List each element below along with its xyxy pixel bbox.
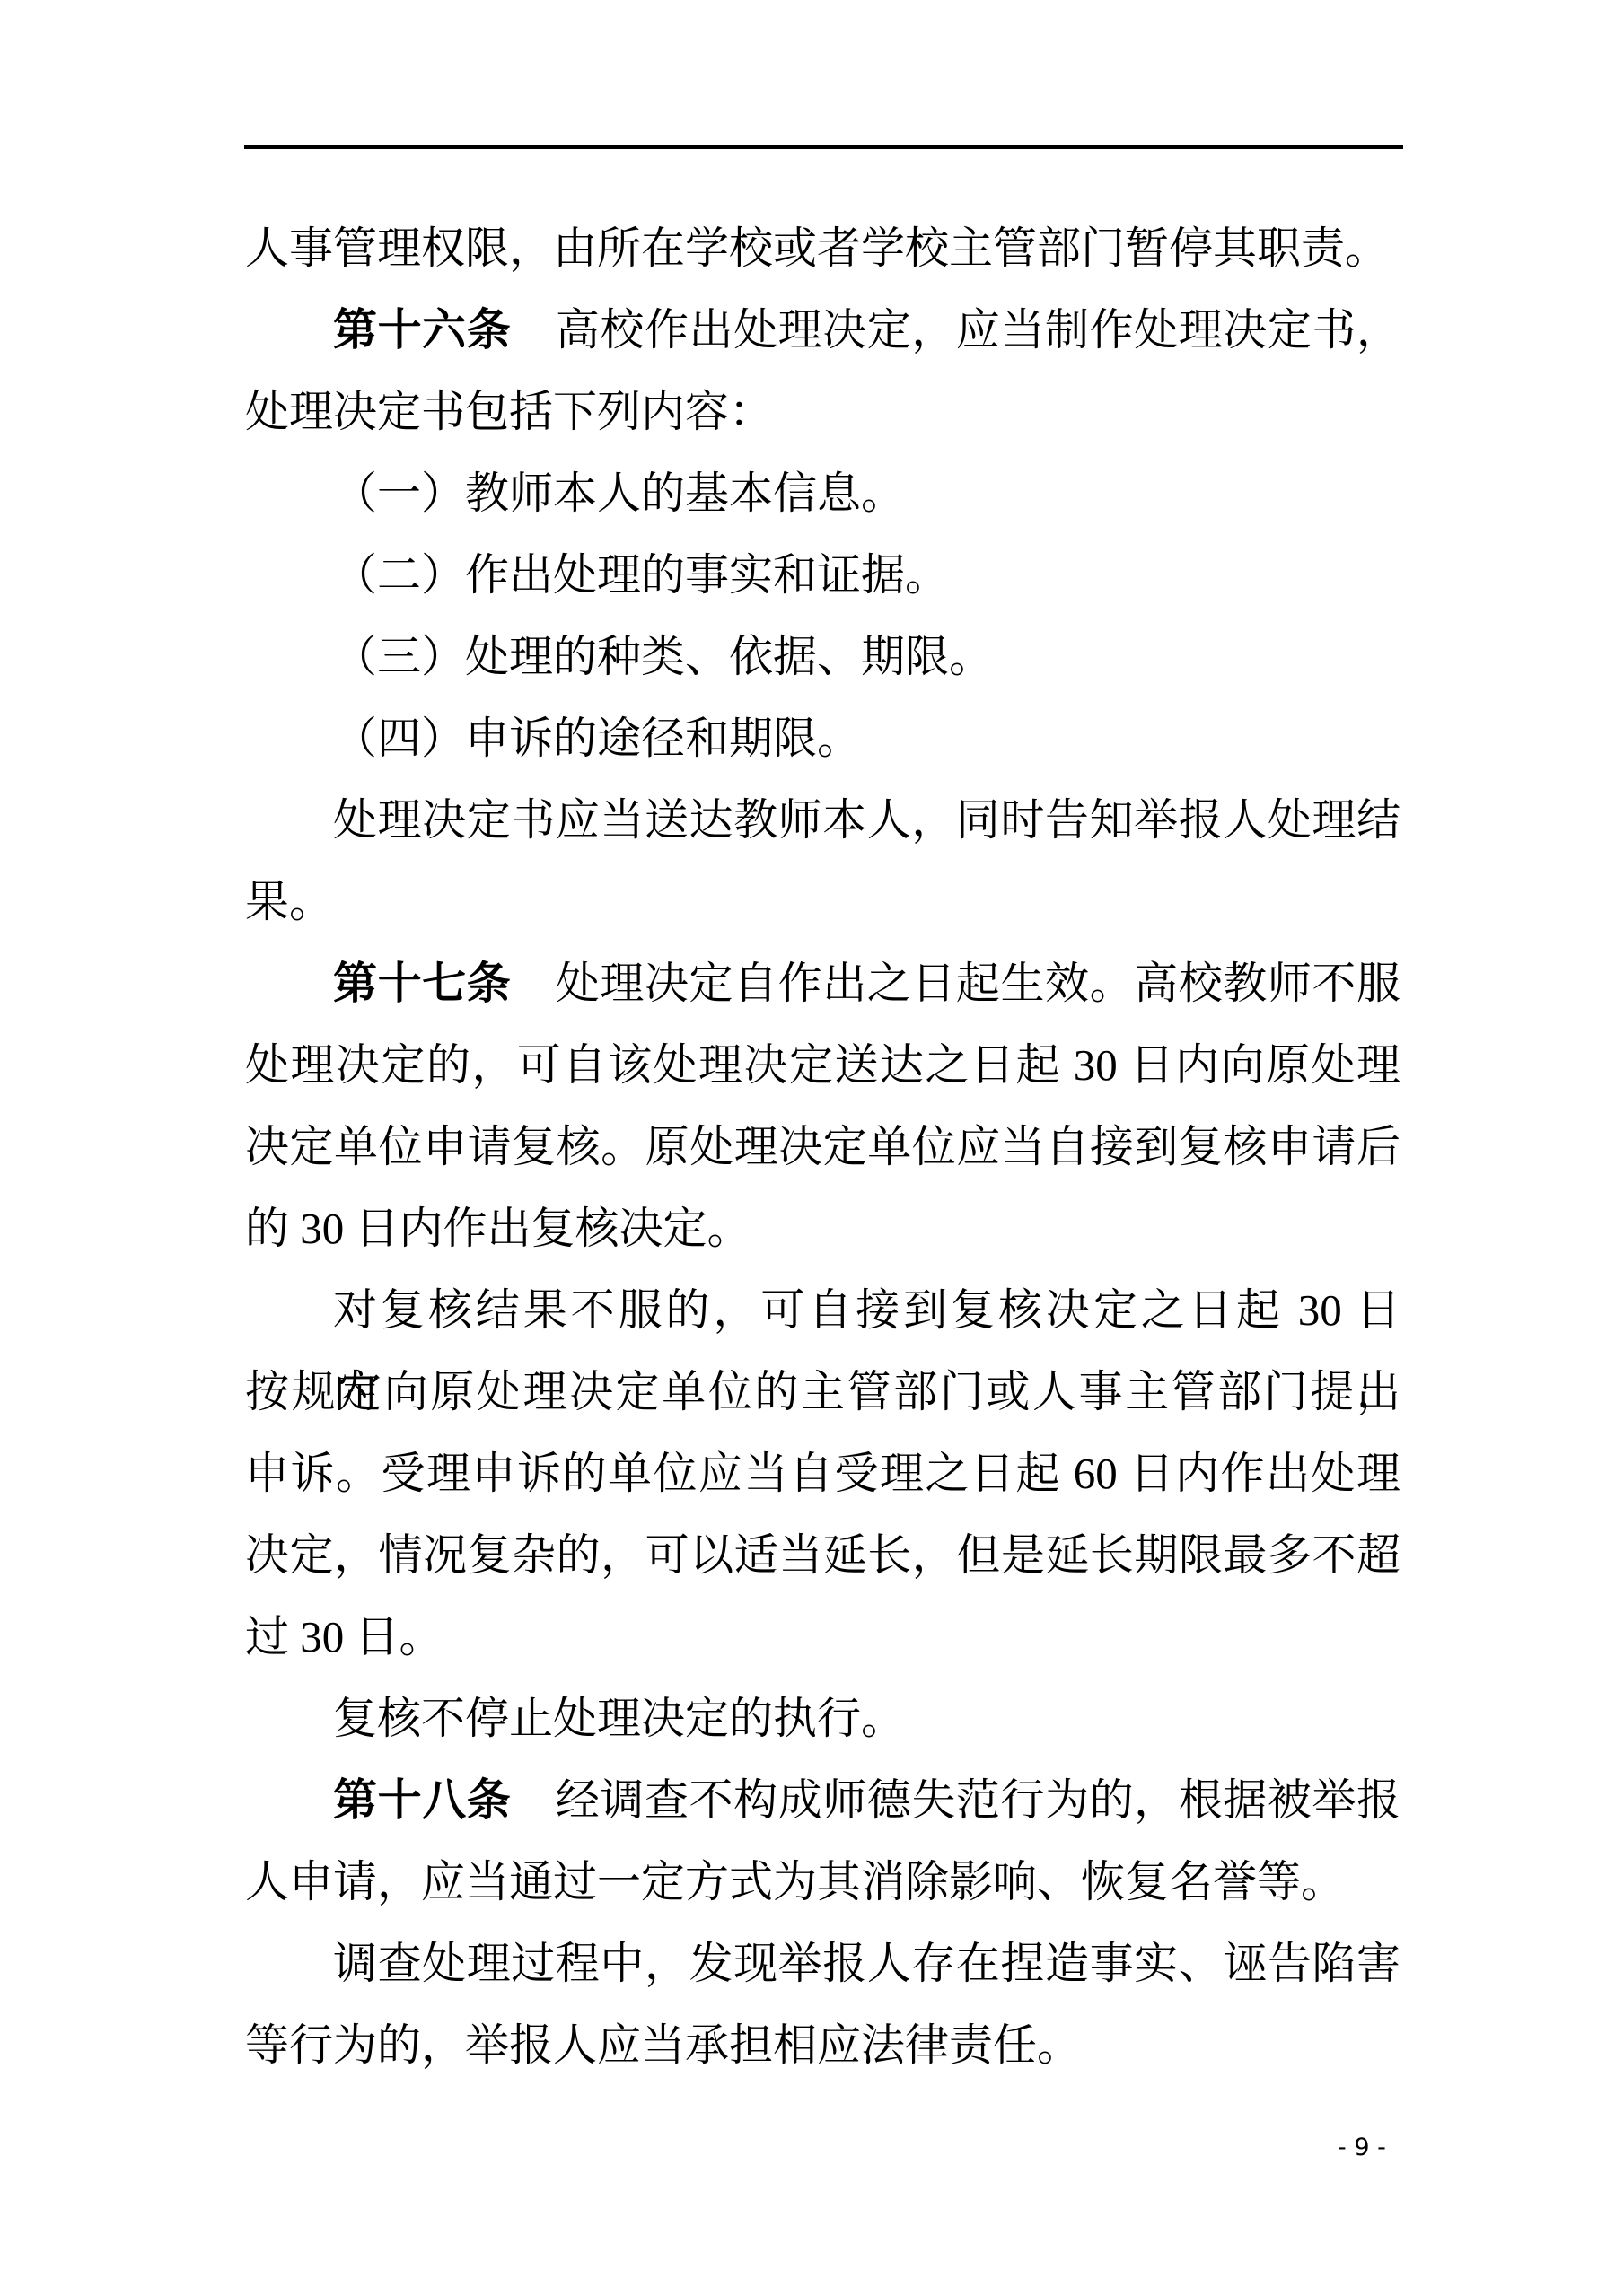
article-number: 第十七条 [333,959,511,1008]
text-line: 第十七条 处理决定自作出之日起生效。高校教师不服 [245,942,1400,1024]
text-line: 第十六条 高校作出处理决定，应当制作处理决定书， [245,289,1400,371]
text-line: 等行为的，举报人应当承担相应法律责任。 [245,2004,1400,2086]
text-line: 第十八条 经调查不构成师德失范行为的，根据被举报 [245,1759,1400,1841]
text-line: （二）作出处理的事实和证据。 [245,534,1400,616]
header-rule [244,145,1403,149]
text-line: 决定，情况复杂的，可以适当延长，但是延长期限最多不超 [245,1514,1400,1596]
text-line: （四）申诉的途径和期限。 [245,697,1400,779]
text-line: （一）教师本人的基本信息。 [245,452,1400,534]
text-line: 调查处理过程中，发现举报人存在捏造事实、诬告陷害 [245,1923,1400,2004]
text-line: 对复核结果不服的，可自接到复核决定之日起 30 日内， [245,1269,1400,1351]
article-number: 第十八条 [333,1775,511,1825]
text-line: 复核不停止处理决定的执行。 [245,1678,1400,1759]
document-page: 人事管理权限，由所在学校或者学校主管部门暂停其职责。第十六条 高校作出处理决定，… [0,0,1624,2296]
text-line: 过 30 日。 [245,1596,1400,1678]
text-line: （三）处理的种类、依据、期限。 [245,616,1400,697]
text-line: 处理决定的，可自该处理决定送达之日起 30 日内向原处理 [245,1024,1400,1106]
text-line: 人申请，应当通过一定方式为其消除影响、恢复名誉等。 [245,1841,1400,1923]
text-line: 的 30 日内作出复核决定。 [245,1187,1400,1269]
page-number: - 9 - [1338,2135,1386,2160]
text-line: 申诉。受理申诉的单位应当自受理之日起 60 日内作出处理 [245,1433,1400,1514]
text-line: 处理决定书包括下列内容： [245,371,1400,452]
document-body: 人事管理权限，由所在学校或者学校主管部门暂停其职责。第十六条 高校作出处理决定，… [245,207,1400,2086]
text-line: 决定单位申请复核。原处理决定单位应当自接到复核申请后 [245,1106,1400,1187]
text-line: 人事管理权限，由所在学校或者学校主管部门暂停其职责。 [245,207,1400,289]
article-number: 第十六条 [333,305,511,355]
text-line: 处理决定书应当送达教师本人，同时告知举报人处理结 [245,779,1400,861]
text-line: 按规定向原处理决定单位的主管部门或人事主管部门提出 [245,1351,1400,1433]
text-line: 果。 [245,861,1400,942]
